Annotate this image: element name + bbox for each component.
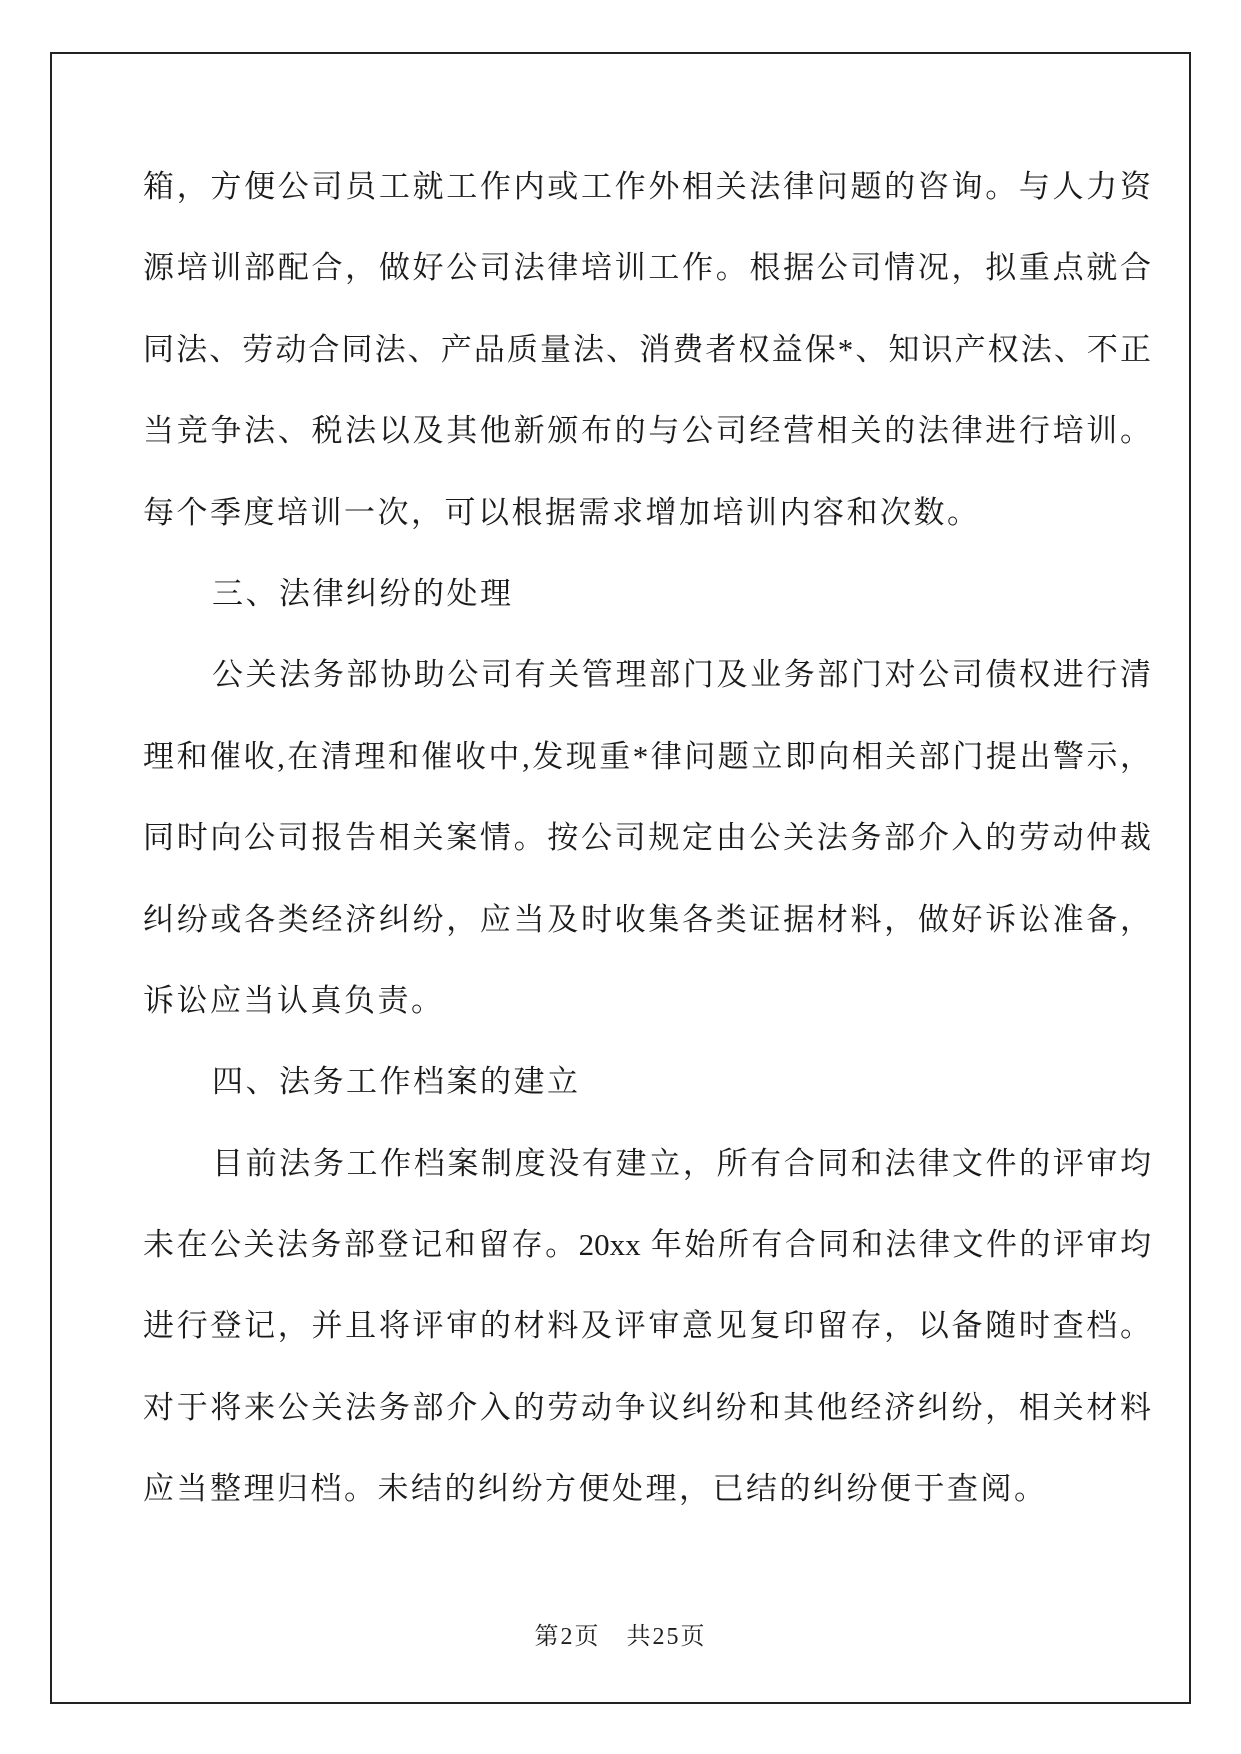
text-line: 理和催收,在清理和催收中,发现重*律问题立即向相关部门提出警示， (143, 716, 1151, 797)
section-heading: 三、法律纠纷的处理 (143, 553, 1151, 634)
text-line: 进行登记，并且将评审的材料及评审意见复印留存，以备随时查档。 (143, 1285, 1151, 1366)
text-line: 纠纷或各类经济纠纷，应当及时收集各类证据材料，做好诉讼准备， (143, 879, 1151, 960)
page-footer: 第2页 共25页 (0, 1612, 1241, 1662)
text-line: 目前法务工作档案制度没有建立，所有合同和法律文件的评审均 (143, 1123, 1151, 1204)
text-line: 诉讼应当认真负责。 (143, 960, 1151, 1041)
text-line: 每个季度培训一次，可以根据需求增加培训内容和次数。 (143, 472, 1151, 553)
text-line: 源培训部配合，做好公司法律培训工作。根据公司情况，拟重点就合 (143, 227, 1151, 308)
text-line: 对于将来公关法务部介入的劳动争议纠纷和其他经济纠纷，相关材料 (143, 1367, 1151, 1448)
text-line: 箱，方便公司员工就工作内或工作外相关法律问题的咨询。与人力资 (143, 146, 1151, 227)
text-line: 未在公关法务部登记和留存。20xx 年始所有合同和法律文件的评审均 (143, 1204, 1151, 1285)
text-line: 同法、劳动合同法、产品质量法、消费者权益保*、知识产权法、不正 (143, 309, 1151, 390)
section-heading: 四、法务工作档案的建立 (143, 1041, 1151, 1122)
document-lines: 箱，方便公司员工就工作内或工作外相关法律问题的咨询。与人力资源培训部配合，做好公… (143, 146, 1151, 1530)
text-line: 同时向公司报告相关案情。按公司规定由公关法务部介入的劳动仲裁 (143, 797, 1151, 878)
text-line: 公关法务部协助公司有关管理部门及业务部门对公司债权进行清 (143, 634, 1151, 715)
text-line: 当竞争法、税法以及其他新颁布的与公司经营相关的法律进行培训。 (143, 390, 1151, 471)
page-number-label: 第2页 共25页 (535, 1624, 707, 1650)
text-line: 应当整理归档。未结的纠纷方便处理，已结的纠纷便于查阅。 (143, 1448, 1151, 1529)
document-page: 箱，方便公司员工就工作内或工作外相关法律问题的咨询。与人力资源培训部配合，做好公… (0, 0, 1241, 1754)
